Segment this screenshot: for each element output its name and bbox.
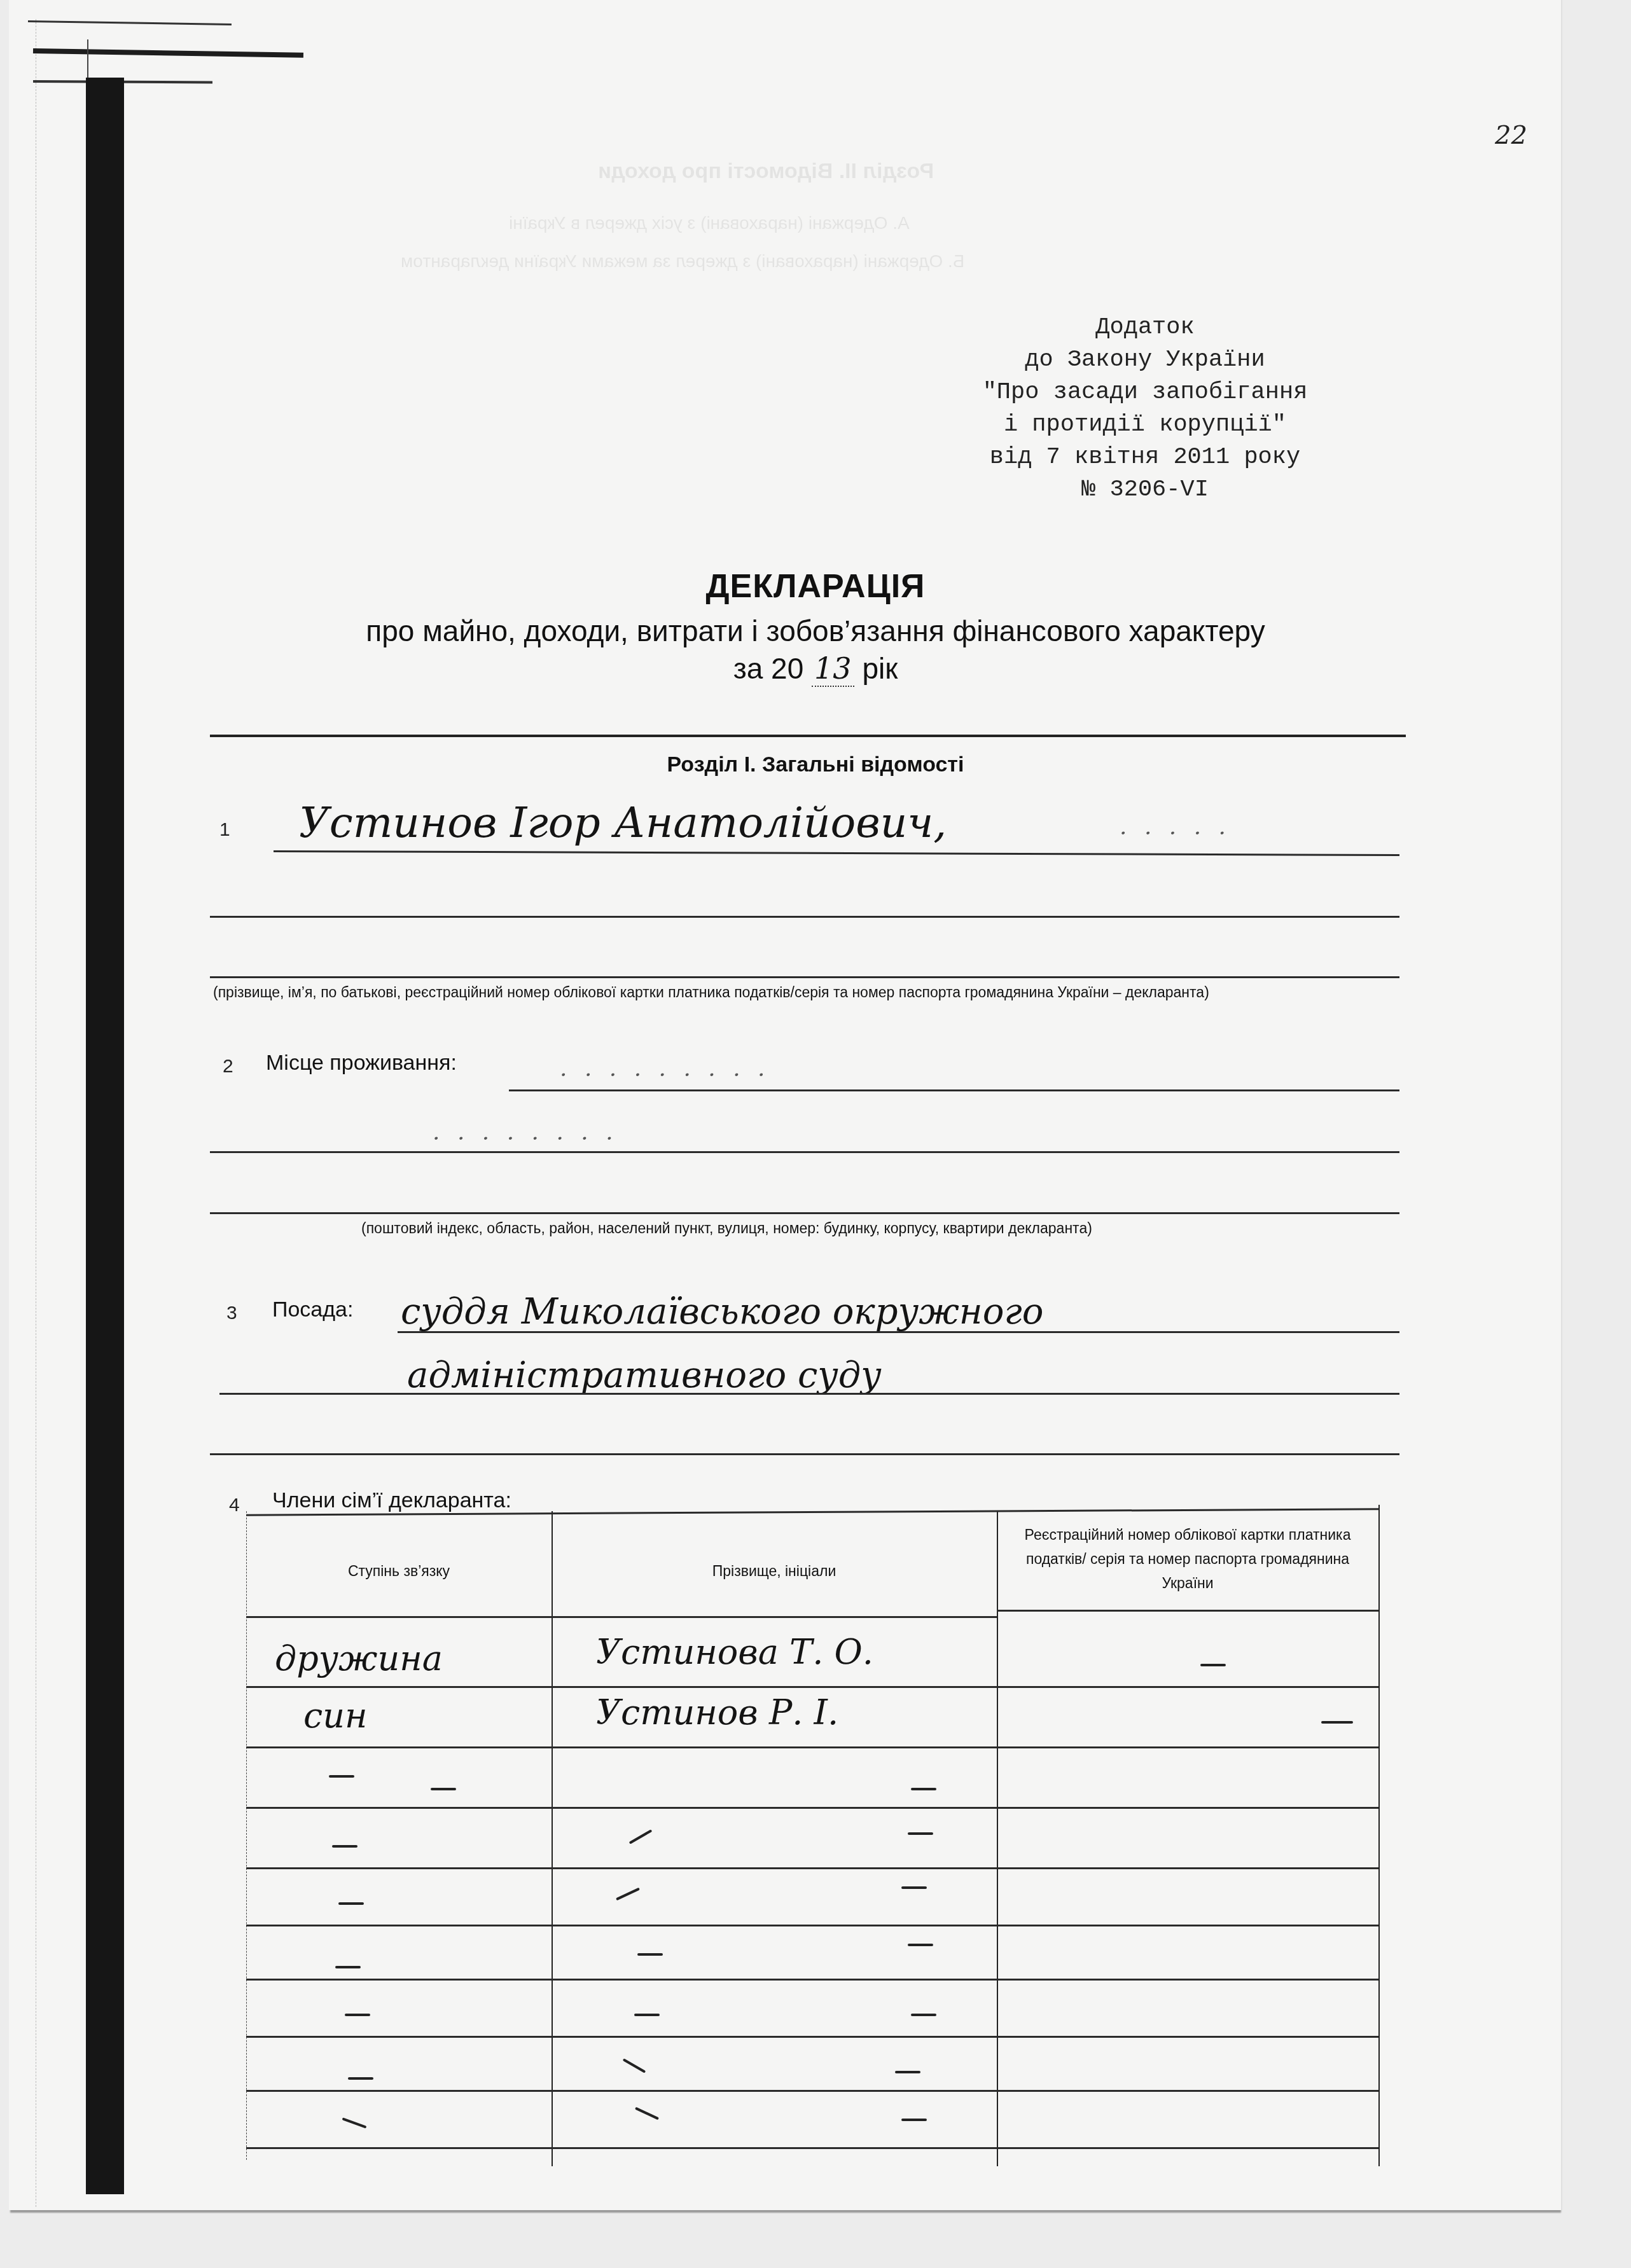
cell-empty-dash [635,2107,659,2120]
addendum-line: № 3206-VI [916,474,1374,506]
scan-artifact-line [87,39,88,78]
header-relation: Ступінь зв’язку [246,1559,552,1583]
cell-empty-dash [911,1788,936,1790]
item-number: 2 [223,1056,233,1077]
row-divider [246,2090,1378,2092]
header-id: Реєстраційний номер облікової картки пла… [1003,1523,1372,1595]
bleed-through-text: А. Одержані (нараховані) з усіх джерел в… [509,213,910,233]
page-edge-line [36,19,37,2207]
field-line [210,976,1399,978]
cell-empty-dash [901,1886,927,1889]
position-handwritten-line1[interactable]: суддя Миколаївського окружного [401,1291,1043,1332]
header-name: Прізвище, ініціали [552,1559,997,1583]
cell-empty-dash [342,2117,367,2128]
cell-empty-dash [634,2014,660,2016]
item-1-hint: (прізвище, ім’я, по батькові, реєстрацій… [213,984,1209,1001]
cell-empty-dash [431,1788,456,1790]
cell-empty-dash [908,1944,933,1946]
column-divider [552,1511,553,2166]
item-2-hint: (поштовий індекс, область, район, населе… [361,1220,1092,1237]
cell-empty-dash [616,1888,640,1901]
cell-empty-dash [345,2014,370,2016]
position-label: Посада: [272,1297,353,1322]
addendum-line: Додаток [916,312,1374,344]
family-members-table: Ступінь зв’язку Прізвище, ініціали Реєст… [246,1511,1378,2166]
cell-empty-dash [332,1845,357,1848]
declaration-subtitle: про майно, доходи, витрати і зобов’язанн… [0,614,1631,648]
header-bottom-border [997,1610,1378,1612]
family-members-label: Члени сім’ї декларанта: [272,1488,511,1513]
cell-empty-dash [629,1829,653,1844]
cell-empty-dash [623,2058,646,2073]
cell-empty-dash [335,1966,361,1968]
cell-id-empty-dash [1321,1721,1353,1724]
field-line [509,1089,1399,1091]
row-divider [246,1807,1378,1809]
header-bottom-border [246,1616,997,1618]
cell-name: Устинов Р. І. [596,1692,838,1732]
cell-empty-dash [637,1953,663,1956]
cell-name: Устинова Т. О. [596,1632,873,1672]
item-number: 3 [226,1303,237,1324]
addendum-line: до Закону України [916,344,1374,377]
item-number: 1 [219,819,230,841]
bleed-through-text: Розділ ІІ. Відомості про доходи [598,159,934,184]
row-divider [246,1925,1378,1926]
field-line [398,1331,1399,1333]
cell-empty-dash [911,2014,936,2016]
row-divider [246,1746,1378,1748]
position-handwritten-line2[interactable]: адміністративного суду [407,1355,882,1396]
cell-id-empty-dash [1200,1664,1226,1666]
cell-relation: дружина [275,1638,443,1678]
cell-empty-dash [895,2071,920,2073]
field-line [219,1393,1399,1395]
declarant-name-handwritten[interactable]: Устинов Ігор Анатолійович, [299,798,947,847]
row-divider [246,2036,1378,2038]
scan-binding-shadow [86,78,124,2194]
year-suffix: рік [862,652,898,685]
field-line [210,916,1399,918]
declaration-title: ДЕКЛАРАЦІЯ [0,567,1631,605]
addendum-line: і протидії корупції" [916,409,1374,441]
redacted-address: · · · · · · · · · [560,1062,770,1088]
bleed-through-text: Б. Одержані (нараховані) з джерел за меж… [401,251,964,272]
table-border [1378,1505,1380,2166]
handwritten-page-number: 22 [1495,121,1527,150]
row-divider [246,1867,1378,1869]
cell-empty-dash [908,1832,933,1835]
year-handwritten: 13 [812,651,854,687]
item-number: 4 [229,1495,240,1516]
redacted-id: · · · · · [1120,820,1231,847]
cell-empty-dash [338,1902,364,1905]
year-prefix: за 20 [733,652,804,685]
addendum-line: "Про засади запобігання [916,377,1374,409]
table-border [246,1511,247,2160]
row-divider [246,1686,1378,1688]
field-line [210,1453,1399,1455]
row-divider [246,1979,1378,1981]
field-line [210,1151,1399,1153]
cell-empty-dash [901,2119,927,2121]
residence-label: Місце проживання: [266,1051,457,1075]
field-line [210,1212,1399,1214]
table-bottom-border [246,2147,1378,2149]
section-1-title: Розділ І. Загальні відомості [0,752,1631,777]
redacted-address: · · · · · · · · [433,1126,618,1152]
addendum-line: від 7 квітня 2011 року [916,441,1374,474]
law-addendum-block: Додаток до Закону України "Про засади за… [916,312,1374,506]
cell-empty-dash [348,2077,373,2080]
cell-empty-dash [329,1775,354,1778]
cell-relation: син [303,1696,368,1736]
declaration-year: за 20 13 рік [0,651,1631,686]
